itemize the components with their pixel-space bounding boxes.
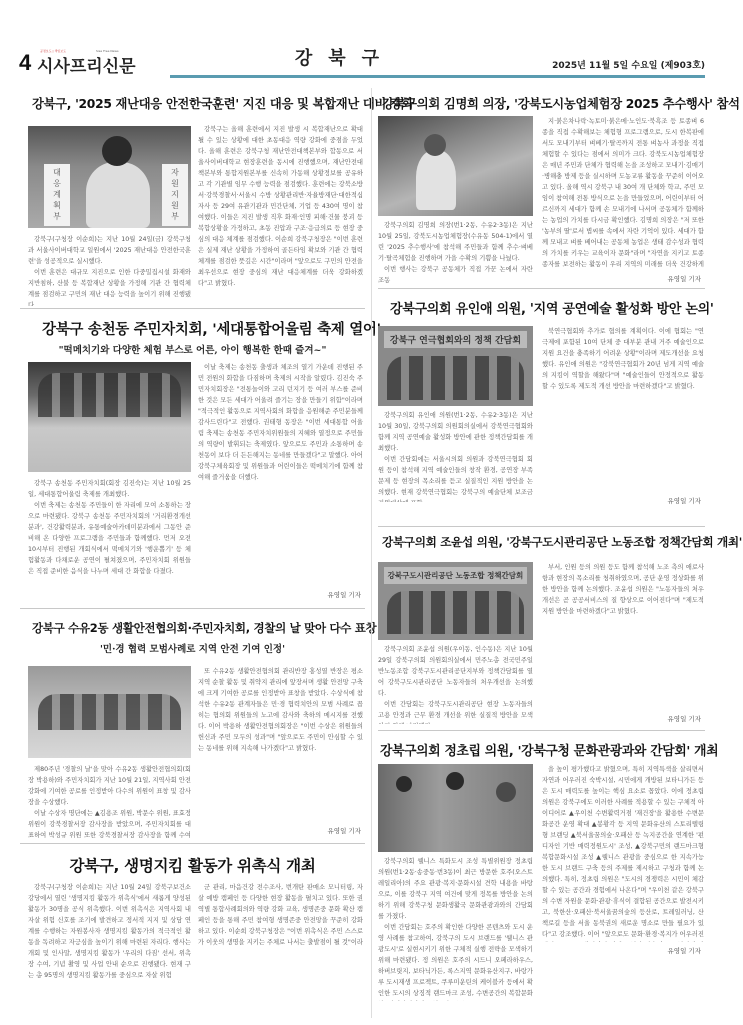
article-body: 을 높이 평가했다고 밝혔으며, 특히 지역특색을 살리면서 자연과 어우러진 … (542, 764, 704, 942)
newspaper-logo: 시사프리신문 (37, 52, 136, 77)
section-title: 강북구 (280, 44, 410, 70)
article-police-day-awards: 강북구 수유2동 생활안전협의회·주민자치회, 경찰의 날 맞아 다수 표창 수… (20, 612, 365, 842)
body-text: 이번 행사는 강북구 공동체가 직접 가꾼 논에서 자란 조동 (378, 264, 533, 286)
headline: 강북구, 생명지킴 활동가 위촉식 개최 (20, 854, 365, 876)
caption-text: 강북구의회 김명희 의장(번1·2동, 수유2·3동)은 지난 10월 25일,… (378, 220, 533, 264)
article-photo: 강북구 연극협회와의 정책 간담회 (378, 326, 533, 406)
body-text: 군 관리, 마음건강 전수조사, 번개탄 판매소 모니터링, 자살 예방 캠페인… (198, 882, 363, 948)
page-number: 4 (19, 50, 31, 76)
award-recipients (38, 694, 181, 731)
headline: 강북구의회 정초립 의원, '강북구청 문화관광과와 간담회' 개최 (380, 740, 718, 759)
article-body: 또 수유2동 생활안전협의회 관리반장 홍성열 반장은 평소 지역 순찰 활동 … (198, 666, 363, 816)
photo-banner: 강북구 연극협회와의 정책 간담회 (384, 331, 527, 349)
divider (378, 288, 705, 289)
byline: 유영일 기자 (328, 826, 361, 835)
byline: 유영일 기자 (328, 590, 361, 599)
article-body: 지·붉은차나락·녹토미·붉은메·노인도·북흑조 등 토종벼 6종을 직접 수확해… (542, 116, 704, 270)
masthead: 4 공정보도 | 책임보도 Sisa Free News 시사프리신문 강북구 … (0, 0, 743, 80)
body-text: 북연극협회와 추가로 협의를 계획이다. 이에 협회는 "연극제에 포함된 10… (542, 326, 704, 392)
body-text: 이번 간담회에는 서울시의회 의원과 강북연극협회 회원 등이 참석해 지역 예… (378, 454, 533, 502)
article-body-left: 강북구(구청장 이순희)는 지난 10월 24일 강북구보건소 강당에서 열린 … (28, 882, 191, 978)
divider (20, 843, 365, 844)
byline: 유영일 기자 (668, 274, 701, 283)
speaker-figure (86, 162, 150, 228)
article-photo (378, 116, 533, 216)
person-head (446, 772, 464, 790)
photo-caption: 강북구(구청장 이순희)는 지난 10월 24일(금) 강북구청과 서울사이버대… (28, 234, 191, 306)
body-text: 또 수유2동 생활안전협의회 관리반장 홍성열 반장은 평소 지역 순찰 활동 … (198, 666, 363, 754)
group-photo (387, 356, 523, 400)
issue-date: 2025년 11월 5일 수요일 (제903호) (552, 58, 705, 71)
caption-text: 강북구의회 유인애 의원(번1·2동, 수유2·3동)은 지난 10월 30일,… (378, 410, 533, 454)
article-photo (378, 764, 533, 852)
header-rule (170, 75, 705, 78)
group-photo (387, 591, 523, 634)
photo-sign-left: 대응계획부 (44, 164, 70, 226)
article-body: 이날 축제는 송천동 출생과 체조의 열기 가운데 진행된 주민 전원의 화합을… (198, 362, 363, 584)
headline: 강북구의회 김명희 의장, '강북도시농업체험장 2025 추수행사' 참석 (382, 94, 740, 112)
article-body: 부서, 인원 등의 의원 등도 함께 참석해 노조 측의 애로사항과 현장의 목… (542, 562, 704, 712)
crowd (38, 373, 181, 417)
divider (20, 608, 365, 609)
article-songcheon-festival: 강북구 송천동 주민자치회, '세대통합어울림 축제 열어' "떡메치기와 다양… (20, 310, 365, 610)
byline: 유영일 기자 (668, 714, 701, 723)
person-head (396, 776, 412, 792)
article-theater-policy: 강북구의회 유인애 의원, '지역 공연예술 활성화 방안 논의' 강북구 연극… (378, 292, 723, 510)
subhead: '민·경 협력 모범사례로 지역 안전 기여 인정' (20, 641, 365, 655)
body-text: 이날 축제는 송천동 출생과 체조의 열기 가운데 진행된 주민 전원의 화합을… (198, 362, 363, 483)
headline: 강북구 수유2동 생활안전협의회·주민자치회, 경찰의 날 맞아 다수 표창 수… (32, 620, 402, 636)
divider (378, 730, 705, 731)
caption-text: 제80주년 '경찰의 날'을 맞아 수유2동 생활안전협의회(회장 박용하)와 … (28, 764, 191, 808)
article-disaster-drill: 강북구, '2025 재난대응 안전한국훈련' 지진 대응 및 복합재난 대비 … (20, 88, 365, 308)
caption-text: 강북구(구청장 이순희)는 지난 10월 24일(금) 강북구청과 서울사이버대… (28, 234, 191, 267)
article-photo (28, 362, 191, 472)
headline: 강북구의회 조윤섭 의원, '강북구도시관리공단 노동조합 정책간담회 개최' (382, 534, 742, 550)
farmer-head (424, 134, 446, 156)
photo-caption: 강북구의회 김명희 의장(번1·2동, 수유2·3동)은 지난 10월 25일,… (378, 220, 533, 286)
article-body: 강북구는 올해 훈련에서 지진 발생 시 복합재난으로 확대될 수 있는 상황에… (198, 124, 363, 304)
speaker-head (102, 136, 132, 166)
body-text: 지·붉은차나락·녹토미·붉은메·노인도·북흑조 등 토종벼 6종을 직접 수확해… (542, 116, 704, 270)
photo-sign-right: 자원지원부 (162, 164, 188, 226)
article-body: 북연극협회와 추가로 협의를 계획이다. 이에 협회는 "연극제에 포함된 10… (542, 326, 704, 486)
headline: 강북구, '2025 재난대응 안전한국훈련' 지진 대응 및 복합재난 대비 … (32, 94, 413, 112)
article-labor-union: 강북구의회 조윤섭 의원, '강북구도시관리공단 노동조합 정책간담회 개최' … (378, 528, 723, 728)
headline: 강북구 송천동 주민자치회, '세대통합어울림 축제 열어' (42, 318, 381, 339)
article-photo: 강북구도시관리공단 노동조합 정책간담회 (378, 562, 533, 640)
photo-banner: 강북구도시관리공단 노동조합 정책간담회 (384, 567, 527, 584)
article-body-right: 군 관리, 마음건강 전수조사, 번개탄 판매소 모니터링, 자살 예방 캠페인… (198, 882, 363, 948)
byline: 유영일 기자 (668, 496, 701, 505)
divider (378, 526, 705, 527)
farmer-figure (416, 150, 456, 210)
body-text: 부서, 인원 등의 의원 등도 함께 참석해 노조 측의 애로사항과 현장의 목… (542, 562, 704, 617)
article-photo (28, 666, 191, 758)
person-head (496, 782, 516, 802)
body-text: 이번 간담회는 강북구도시관리공단 현장 노동자들의 고용 안정과 근무 환경 … (378, 699, 533, 724)
body-text: 을 높이 평가했다고 밝혔으며, 특히 지역특색을 살리면서 자연과 어우러진 … (542, 764, 704, 942)
photo-caption: 강북구의회 조윤섭 의원(우이동, 인수동)은 지난 10월 29일 강북구의회… (378, 644, 533, 724)
body-text: 강북구(구청장 이순희)는 지난 10월 24일 강북구보건소 강당에서 열린 … (28, 882, 191, 978)
article-culture-tourism: 강북구의회 정초립 의원, '강북구청 문화관광과와 간담회' 개최 강북구의회… (378, 734, 723, 1025)
divider (20, 308, 365, 309)
body-text: 강북구는 올해 훈련에서 지진 발생 시 복합재난으로 확대될 수 있는 상황에… (198, 124, 363, 289)
body-text: 이번 간담회는 호주의 확인한 다양한 콘텐츠와 도시 운영 사례를 참고하여,… (378, 922, 533, 1001)
photo-caption: 강북구의회 유인애 의원(번1·2동, 수유2·3동)은 지난 10월 30일,… (378, 410, 533, 502)
article-life-guardian: 강북구, 생명지킴 활동가 위촉식 개최 강북구(구청장 이순희)는 지난 10… (20, 848, 365, 1025)
article-urban-farm: 강북구의회 김명희 의장, '강북도시농업체험장 2025 추수행사' 참석 강… (378, 88, 723, 288)
caption-text: 강북구 송천동 주민자치회(회장 김진숙)는 지난 10월 25일, 세대통합어… (28, 478, 191, 500)
article-photo: 대응계획부 자원지원부 (28, 126, 191, 228)
caption-text: 강북구의회 조윤섭 의원(우이동, 인수동)은 지난 10월 29일 강북구의회… (378, 644, 533, 699)
byline: 유영일 기자 (668, 946, 701, 955)
body-text: 이날 수상자 명단에는 ▲김용조 위원, 박문수 위원, 표효정 위원이 강북경… (28, 808, 191, 838)
body-text: 이번 축제는 송천동 주민들이 한 자리에 모여 소통하는 장으로 마련됐다. … (28, 500, 191, 577)
body-text: 이번 훈련은 대규모 지진으로 인한 다중밀집시설 화재와 지반침하, 산불 등… (28, 267, 191, 306)
headline: 강북구의회 유인애 의원, '지역 공연예술 활성화 방안 논의' (390, 298, 714, 317)
subhead: "떡메치기와 다양한 체험 부스로 어른, 아이 행복한 한때 즐겨~" (20, 342, 365, 356)
photo-caption: 제80주년 '경찰의 날'을 맞아 수유2동 생활안전협의회(회장 박용하)와 … (28, 764, 191, 838)
photo-caption: 강북구의회 웰니스 특화도시 조성 특별위원장 정초립 의원(번1·2동·송중동… (378, 856, 533, 1001)
column-divider (371, 88, 372, 1018)
caption-text: 강북구의회 웰니스 특화도시 조성 특별위원장 정초립 의원(번1·2동·송중동… (378, 856, 533, 922)
photo-caption: 강북구 송천동 주민자치회(회장 김진숙)는 지난 10월 25일, 세대통합어… (28, 478, 191, 602)
